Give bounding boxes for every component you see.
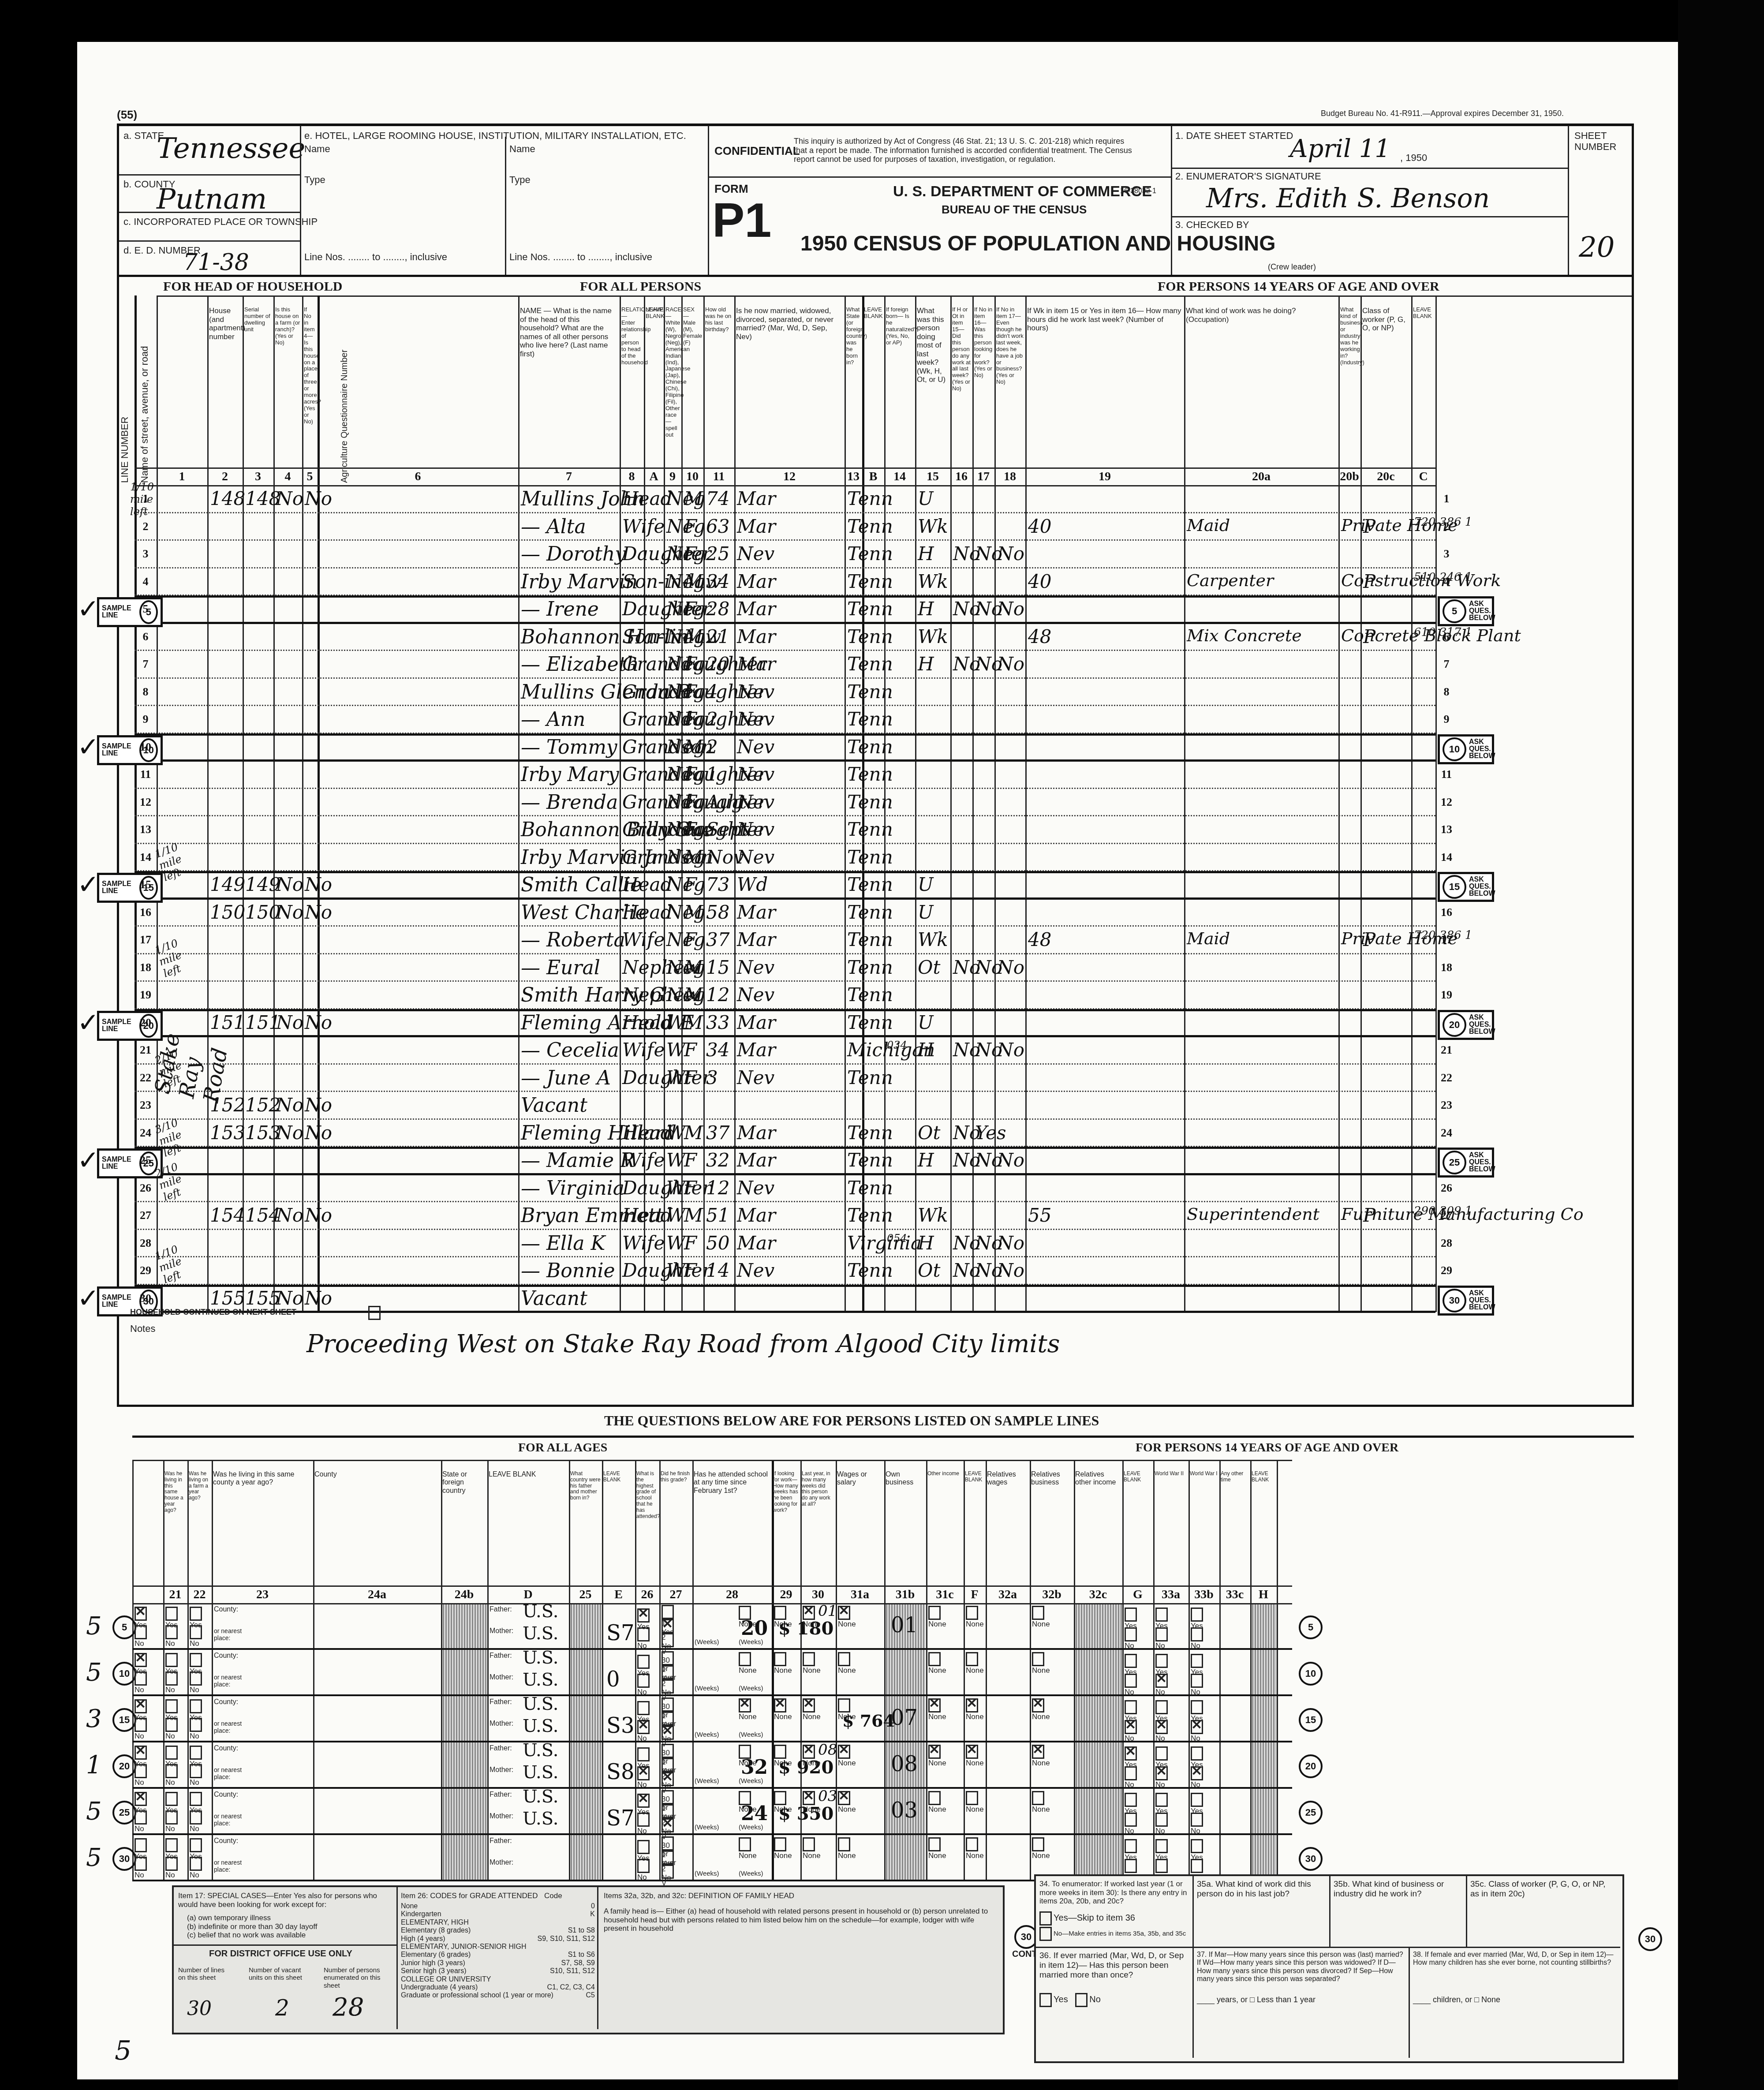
ww1-no[interactable]: No bbox=[1155, 1674, 1170, 1697]
checkbox[interactable] bbox=[1191, 1839, 1203, 1853]
checkbox[interactable] bbox=[838, 1652, 850, 1666]
cell-activity: Wk bbox=[918, 929, 948, 950]
checkbox[interactable] bbox=[928, 1606, 941, 1620]
checkbox[interactable] bbox=[135, 1625, 147, 1639]
q30-none[interactable]: None bbox=[739, 1698, 757, 1721]
q32a-none[interactable]: None bbox=[928, 1698, 946, 1721]
ask-questions-label: ASK QUES. BELOW bbox=[1469, 601, 1489, 622]
other_service-yes[interactable]: Yes bbox=[1191, 1608, 1205, 1630]
q21-no[interactable]: No bbox=[135, 1718, 149, 1741]
q22-no[interactable]: No bbox=[165, 1718, 179, 1741]
checkbox[interactable] bbox=[774, 1698, 786, 1712]
checkbox[interactable] bbox=[661, 1665, 674, 1679]
q21-no[interactable]: No bbox=[135, 1625, 149, 1648]
q21-no[interactable]: No bbox=[135, 1810, 149, 1833]
checkbox[interactable] bbox=[135, 1746, 147, 1760]
checkbox[interactable] bbox=[1191, 1859, 1203, 1873]
ww2-yes[interactable]: Yes bbox=[1125, 1793, 1139, 1816]
cell-occupation: Mix Concrete bbox=[1187, 626, 1302, 645]
grade-codes-list: None0KindergartenKELEMENTARY, HIGHElemen… bbox=[401, 1903, 595, 2000]
ww2-no[interactable]: No bbox=[1125, 1674, 1139, 1697]
cell-serial: 148 bbox=[245, 488, 273, 509]
checkbox[interactable] bbox=[1191, 1766, 1203, 1780]
checkbox-label: No bbox=[1155, 1734, 1165, 1742]
sample-column-header-31b: Own business bbox=[886, 1471, 925, 1487]
cell-sex: F bbox=[684, 1149, 697, 1171]
q32a-none[interactable]: None bbox=[928, 1837, 946, 1860]
q36-options[interactable]: Yes No bbox=[1039, 1993, 1101, 2007]
checkbox[interactable] bbox=[165, 1764, 178, 1778]
q31c-none[interactable]: None bbox=[838, 1606, 856, 1629]
checkbox[interactable] bbox=[1155, 1766, 1168, 1780]
checkbox[interactable] bbox=[1125, 1859, 1137, 1873]
line-number-right: 11 bbox=[1438, 768, 1455, 781]
checkbox[interactable] bbox=[190, 1718, 202, 1732]
q31c-none[interactable]: None bbox=[838, 1652, 856, 1675]
checkbox[interactable] bbox=[1032, 1745, 1044, 1759]
checkbox[interactable] bbox=[966, 1652, 978, 1666]
checkbox[interactable] bbox=[838, 1837, 850, 1851]
q34-yes[interactable]: Yes—Skip to item 36 bbox=[1039, 1911, 1135, 1925]
ww1-no[interactable]: No bbox=[1155, 1766, 1170, 1789]
q23-no[interactable]: No bbox=[190, 1671, 204, 1694]
checkbox[interactable] bbox=[838, 1606, 850, 1620]
checkbox[interactable] bbox=[1125, 1700, 1137, 1714]
other_service-no[interactable]: No bbox=[1191, 1674, 1205, 1697]
checkbox[interactable] bbox=[774, 1837, 786, 1851]
checkbox[interactable] bbox=[190, 1625, 202, 1639]
ww1-no[interactable]: No bbox=[1155, 1720, 1170, 1743]
checkbox[interactable] bbox=[190, 1857, 202, 1871]
q27-no[interactable]: No bbox=[637, 1674, 651, 1697]
checkbox[interactable] bbox=[661, 1836, 674, 1851]
checkbox[interactable] bbox=[190, 1699, 202, 1713]
checkbox[interactable] bbox=[165, 1699, 178, 1713]
continued-checkbox[interactable] bbox=[368, 1306, 381, 1320]
checkbox[interactable] bbox=[774, 1652, 786, 1666]
checkbox[interactable] bbox=[1191, 1674, 1203, 1688]
checkbox[interactable] bbox=[1125, 1813, 1137, 1827]
checkbox-label: None bbox=[803, 1851, 821, 1860]
q36: 36. If ever married (Mar, Wd, D, or Sep … bbox=[1039, 1951, 1189, 1980]
checkbox[interactable] bbox=[803, 1745, 815, 1759]
q32c-none[interactable]: None bbox=[1032, 1837, 1050, 1860]
checkbox[interactable] bbox=[838, 1791, 850, 1805]
line-number: 4 bbox=[137, 575, 154, 588]
special-case-item: (a) own temporary illness bbox=[187, 1914, 390, 1922]
weeks-label: (Weeks) bbox=[739, 1685, 763, 1692]
cell-rel: Daughter bbox=[622, 1260, 643, 1281]
checkbox[interactable] bbox=[928, 1745, 941, 1759]
checkbox[interactable] bbox=[803, 1652, 815, 1666]
checkbox[interactable] bbox=[1125, 1654, 1137, 1668]
checkbox[interactable] bbox=[661, 1633, 674, 1647]
q31b-none[interactable]: None bbox=[803, 1698, 821, 1721]
q31a-none[interactable]: None bbox=[774, 1837, 792, 1860]
q31c-none[interactable]: None bbox=[838, 1745, 856, 1768]
checkbox[interactable] bbox=[637, 1674, 650, 1688]
checkbox[interactable] bbox=[661, 1772, 674, 1786]
checkbox[interactable] bbox=[1155, 1700, 1168, 1714]
q32c-none[interactable]: None bbox=[1032, 1745, 1050, 1768]
column-number-19: 19 bbox=[1025, 470, 1184, 484]
checkbox[interactable] bbox=[135, 1857, 147, 1871]
checkbox[interactable] bbox=[165, 1718, 178, 1732]
ww1-no[interactable]: No bbox=[1155, 1813, 1170, 1836]
checkbox[interactable] bbox=[165, 1671, 178, 1686]
checkbox[interactable] bbox=[1032, 1837, 1044, 1851]
checkbox[interactable] bbox=[637, 1655, 650, 1669]
other_service-no[interactable]: No bbox=[1191, 1813, 1205, 1836]
cell-birthplace: Tenn bbox=[847, 1177, 861, 1199]
q35b: 35b. What kind of business or industry d… bbox=[1334, 1880, 1461, 1899]
ww1-yes[interactable]: Yes bbox=[1155, 1608, 1170, 1630]
cell-race: Neg bbox=[666, 571, 680, 592]
checkbox[interactable] bbox=[637, 1840, 650, 1854]
grade-code-row: Elementary (8 grades)S1 to S8 bbox=[401, 1927, 595, 1935]
district-office-label: FOR DISTRICT OFFICE USE ONLY bbox=[209, 1949, 352, 1959]
checkbox[interactable] bbox=[637, 1720, 650, 1734]
sample-line-top bbox=[135, 733, 1435, 736]
checkbox[interactable] bbox=[135, 1699, 147, 1713]
ww2-yes[interactable]: Yes bbox=[1125, 1839, 1139, 1862]
q32b-none[interactable]: None bbox=[966, 1745, 984, 1768]
other_service-yes[interactable]: Yes bbox=[1191, 1654, 1205, 1677]
q21-no[interactable]: No bbox=[135, 1857, 149, 1880]
q27-no[interactable]: No bbox=[637, 1720, 651, 1743]
q21-no[interactable]: No bbox=[135, 1671, 149, 1694]
ww2-no[interactable]: No bbox=[1125, 1766, 1139, 1789]
left-tally: 5 bbox=[86, 1843, 102, 1872]
checkbox[interactable] bbox=[190, 1607, 202, 1621]
checkbox[interactable] bbox=[1155, 1654, 1168, 1668]
q32c-none[interactable]: None bbox=[1032, 1791, 1050, 1814]
checkbox[interactable] bbox=[637, 1608, 650, 1623]
other_service-no[interactable]: No bbox=[1191, 1720, 1205, 1743]
cell-name: Irby Mary bbox=[521, 763, 619, 786]
q22-no[interactable]: No bbox=[165, 1764, 179, 1787]
checkbox[interactable] bbox=[661, 1851, 674, 1865]
checkbox[interactable] bbox=[966, 1745, 978, 1759]
q31a-none[interactable]: None bbox=[774, 1652, 792, 1675]
grade-code-label: Graduate or professional school (1 year … bbox=[401, 1992, 553, 2000]
cell-marital: Nev bbox=[737, 1067, 774, 1088]
checkbox[interactable] bbox=[135, 1764, 147, 1778]
cell-class: P bbox=[1363, 1204, 1375, 1226]
checkbox[interactable] bbox=[661, 1865, 674, 1879]
sample-vline bbox=[441, 1460, 442, 1881]
checkbox-label: None bbox=[928, 1805, 946, 1813]
cell-marital: Mar bbox=[737, 571, 776, 592]
checkbox[interactable] bbox=[928, 1698, 941, 1712]
checkbox[interactable] bbox=[661, 1726, 674, 1740]
checkbox[interactable] bbox=[1125, 1608, 1137, 1622]
cell-age: 15 bbox=[706, 957, 729, 978]
checkbox[interactable] bbox=[165, 1607, 178, 1621]
q27-no[interactable]: No bbox=[637, 1627, 651, 1650]
checkbox[interactable] bbox=[803, 1606, 815, 1620]
checkbox[interactable] bbox=[661, 1744, 674, 1758]
q35c: 35c. Class of worker (P, G, O, or NP, as… bbox=[1470, 1880, 1616, 1899]
checkbox[interactable] bbox=[1155, 1608, 1168, 1622]
ww1-yes[interactable]: Yes bbox=[1155, 1839, 1170, 1862]
q31b-none[interactable]: None bbox=[803, 1652, 821, 1675]
q32a-none[interactable]: None bbox=[928, 1745, 946, 1768]
checkbox[interactable] bbox=[661, 1790, 674, 1804]
q32c-none[interactable]: None bbox=[1032, 1698, 1050, 1721]
checkbox[interactable] bbox=[190, 1838, 202, 1852]
column-number-20a: 20a bbox=[1184, 470, 1338, 484]
checkbox[interactable] bbox=[135, 1718, 147, 1732]
checkbox[interactable] bbox=[838, 1745, 850, 1759]
q22-no[interactable]: No bbox=[165, 1671, 179, 1694]
checkbox[interactable] bbox=[1191, 1654, 1203, 1668]
checkbox[interactable] bbox=[1191, 1746, 1203, 1761]
checkbox[interactable] bbox=[1191, 1700, 1203, 1714]
checkbox[interactable] bbox=[637, 1794, 650, 1808]
cell-marital: Mar bbox=[737, 1232, 776, 1254]
line-number-right: 26 bbox=[1438, 1181, 1455, 1195]
q31c-none[interactable]: None bbox=[838, 1791, 856, 1814]
cell-activity: H bbox=[918, 598, 934, 620]
ww2-no[interactable]: No bbox=[1125, 1813, 1139, 1836]
sample-vline bbox=[313, 1460, 314, 1881]
checkbox[interactable] bbox=[1125, 1720, 1137, 1734]
ask-questions-label: ASK QUES. BELOW bbox=[1469, 1014, 1489, 1036]
checkbox[interactable] bbox=[165, 1653, 178, 1667]
checkbox[interactable] bbox=[1155, 1813, 1168, 1827]
q31b-none[interactable]: None bbox=[803, 1606, 821, 1629]
checkbox[interactable] bbox=[165, 1625, 178, 1639]
checkbox[interactable] bbox=[739, 1698, 751, 1712]
wages-code: 03 bbox=[818, 1787, 837, 1805]
other-income-amount: $ 764 bbox=[842, 1711, 895, 1731]
checkbox-label: No bbox=[637, 1827, 647, 1835]
checkbox[interactable] bbox=[165, 1810, 178, 1825]
checkbox[interactable] bbox=[135, 1792, 147, 1806]
line-number: 25 bbox=[137, 1154, 154, 1167]
q31b-none[interactable]: None bbox=[803, 1837, 821, 1860]
cell-rel: Son-in-law bbox=[622, 571, 643, 592]
checkbox[interactable] bbox=[1125, 1746, 1137, 1761]
checkbox[interactable] bbox=[661, 1818, 674, 1832]
checkbox[interactable] bbox=[1155, 1627, 1168, 1641]
q32b-none[interactable]: None bbox=[966, 1652, 984, 1675]
q34-no[interactable]: No—Make entries in items 35a, 35b, and 3… bbox=[1039, 1927, 1186, 1941]
q32c-none[interactable]: None bbox=[1032, 1606, 1050, 1629]
q23-no[interactable]: No bbox=[190, 1810, 204, 1833]
cell-sex: F bbox=[684, 681, 697, 703]
q32b-none[interactable]: None bbox=[966, 1606, 984, 1629]
cell-marital: Nev bbox=[737, 1177, 774, 1199]
sample-vline bbox=[1153, 1460, 1155, 1881]
father-birthplace: U.S. bbox=[523, 1648, 558, 1668]
checkbox[interactable] bbox=[1191, 1793, 1203, 1807]
special-cases-list: (a) own temporary illness(b) indefinite … bbox=[187, 1914, 390, 1940]
checkbox-label: None bbox=[928, 1666, 946, 1675]
checkbox[interactable] bbox=[966, 1791, 978, 1805]
ww2-yes[interactable]: Yes bbox=[1125, 1608, 1139, 1630]
q31b-none[interactable]: None bbox=[803, 1745, 821, 1768]
checkbox[interactable] bbox=[1155, 1793, 1168, 1807]
other_service-yes[interactable]: Yes bbox=[1191, 1793, 1205, 1816]
checkbox[interactable] bbox=[1125, 1674, 1137, 1688]
q21-no[interactable]: No bbox=[135, 1764, 149, 1787]
q27-no[interactable]: No bbox=[637, 1766, 651, 1789]
q22-no[interactable]: No bbox=[165, 1625, 179, 1648]
checkbox[interactable] bbox=[190, 1764, 202, 1778]
checkbox[interactable] bbox=[637, 1747, 650, 1761]
sample-row-circle: 10 bbox=[112, 1662, 136, 1686]
ww1-yes[interactable]: Yes bbox=[1155, 1793, 1170, 1816]
checkbox[interactable] bbox=[190, 1792, 202, 1806]
q22-no[interactable]: No bbox=[165, 1857, 179, 1880]
checkbox[interactable] bbox=[1032, 1652, 1044, 1666]
checkbox[interactable] bbox=[1125, 1627, 1137, 1641]
checkbox[interactable] bbox=[1155, 1839, 1168, 1853]
line-number: 6 bbox=[137, 630, 154, 643]
q23-no[interactable]: No bbox=[190, 1625, 204, 1648]
checkbox[interactable] bbox=[739, 1652, 751, 1666]
q32b-none[interactable]: None bbox=[966, 1698, 984, 1721]
checkbox[interactable] bbox=[165, 1838, 178, 1852]
left-tally: 5 bbox=[86, 1612, 102, 1641]
q32a-none[interactable]: None bbox=[928, 1652, 946, 1675]
checkbox[interactable] bbox=[661, 1619, 674, 1633]
q32b-none[interactable]: None bbox=[966, 1791, 984, 1814]
cell-birthplace: Tenn bbox=[847, 1204, 861, 1226]
other_service-yes[interactable]: Yes bbox=[1191, 1839, 1205, 1862]
cell-rel: Son-in-law bbox=[622, 626, 643, 647]
checkbox[interactable] bbox=[637, 1766, 650, 1780]
cell-birthplace: Tenn bbox=[847, 708, 861, 730]
checkbox[interactable] bbox=[165, 1857, 178, 1871]
checkbox[interactable] bbox=[1125, 1766, 1137, 1780]
ww2-no[interactable]: No bbox=[1125, 1627, 1139, 1650]
checkbox[interactable] bbox=[928, 1652, 941, 1666]
cell-farm: No bbox=[276, 488, 301, 509]
q27-no[interactable]: No bbox=[637, 1859, 651, 1882]
q22-no[interactable]: No bbox=[165, 1810, 179, 1833]
checkbox[interactable] bbox=[1191, 1720, 1203, 1734]
checkbox-label: None bbox=[803, 1712, 821, 1721]
grade-code-row: None0 bbox=[401, 1903, 595, 1911]
q32b-none[interactable]: None bbox=[966, 1837, 984, 1860]
q31b-none[interactable]: None bbox=[803, 1791, 821, 1814]
checkbox[interactable] bbox=[1032, 1698, 1044, 1712]
q32c-none[interactable]: None bbox=[1032, 1652, 1050, 1675]
q32a-none[interactable]: None bbox=[928, 1606, 946, 1629]
checkbox[interactable] bbox=[661, 1697, 674, 1712]
checkbox[interactable] bbox=[661, 1679, 674, 1694]
cell-serial: 155 bbox=[245, 1287, 273, 1309]
checkbox[interactable] bbox=[966, 1837, 978, 1851]
checkbox[interactable] bbox=[1155, 1859, 1168, 1873]
checkbox[interactable] bbox=[135, 1653, 147, 1667]
q23-no[interactable]: No bbox=[190, 1718, 204, 1741]
ww1-no[interactable]: No bbox=[1155, 1627, 1170, 1650]
checkbox[interactable] bbox=[966, 1606, 978, 1620]
checkbox[interactable] bbox=[803, 1698, 815, 1712]
checkbox[interactable] bbox=[928, 1837, 941, 1851]
checkbox[interactable] bbox=[1125, 1839, 1137, 1853]
checkbox[interactable] bbox=[165, 1792, 178, 1806]
q27-no[interactable]: No bbox=[637, 1813, 651, 1836]
weeks-label: (Weeks) bbox=[695, 1870, 719, 1877]
checkbox[interactable] bbox=[165, 1746, 178, 1760]
ww2-no[interactable]: No bbox=[1125, 1720, 1139, 1743]
q23-no[interactable]: No bbox=[190, 1764, 204, 1787]
sample-line-label: SAMPLE LINE bbox=[102, 881, 137, 895]
checkbox[interactable] bbox=[190, 1810, 202, 1825]
cell-birthplace: Tenn bbox=[847, 874, 861, 895]
checkbox[interactable] bbox=[928, 1791, 941, 1805]
checkbox[interactable] bbox=[637, 1627, 650, 1641]
checkbox[interactable] bbox=[637, 1701, 650, 1715]
cell-birthplace: Tenn bbox=[847, 1067, 861, 1088]
sample-column-number-28: 28 bbox=[692, 1588, 772, 1602]
checkbox[interactable] bbox=[190, 1746, 202, 1760]
checkbox[interactable] bbox=[1155, 1746, 1168, 1761]
checkbox[interactable] bbox=[135, 1838, 147, 1852]
grid-hline bbox=[135, 467, 1435, 469]
cell-sex: M bbox=[684, 984, 703, 1006]
other_service-no[interactable]: No bbox=[1191, 1766, 1205, 1789]
checkbox[interactable] bbox=[135, 1607, 147, 1621]
checkbox[interactable] bbox=[661, 1651, 674, 1665]
checkbox[interactable] bbox=[190, 1653, 202, 1667]
grade-code-value: S1 to S8 bbox=[568, 1927, 595, 1935]
checkbox[interactable] bbox=[803, 1791, 815, 1805]
checkbox-label: None bbox=[1032, 1805, 1050, 1813]
checkbox[interactable] bbox=[739, 1837, 751, 1851]
checkbox[interactable] bbox=[1191, 1608, 1203, 1622]
sample-vline bbox=[659, 1460, 661, 1881]
other_service-no[interactable]: No bbox=[1191, 1627, 1205, 1650]
checkbox[interactable] bbox=[135, 1671, 147, 1686]
q30-none[interactable]: None bbox=[739, 1837, 757, 1860]
line-number: 29 bbox=[137, 1264, 154, 1277]
cell-name: — Mamie R bbox=[521, 1149, 619, 1172]
ww2-yes[interactable]: Yes bbox=[1125, 1654, 1139, 1677]
checkbox[interactable] bbox=[1032, 1606, 1044, 1620]
q31a-none[interactable]: None bbox=[774, 1698, 792, 1721]
checkbox[interactable] bbox=[135, 1810, 147, 1825]
checkbox[interactable] bbox=[1191, 1627, 1203, 1641]
hotel-type-1: Type bbox=[304, 174, 325, 185]
cell-sex: F bbox=[684, 763, 697, 785]
column-number-20b: 20b bbox=[1338, 470, 1360, 484]
grade-attended: S7 bbox=[606, 1621, 634, 1645]
q23-no[interactable]: No bbox=[190, 1857, 204, 1880]
checkbox[interactable] bbox=[190, 1671, 202, 1686]
checkbox[interactable] bbox=[1032, 1791, 1044, 1805]
checkbox[interactable] bbox=[1191, 1813, 1203, 1827]
checkbox[interactable] bbox=[637, 1859, 650, 1873]
checkbox[interactable] bbox=[966, 1698, 978, 1712]
checkbox[interactable] bbox=[637, 1813, 650, 1827]
checkbox[interactable] bbox=[803, 1837, 815, 1851]
cell-sex: M bbox=[684, 1122, 703, 1144]
checkbox[interactable] bbox=[1125, 1793, 1137, 1807]
q31c-none[interactable]: None bbox=[838, 1837, 856, 1860]
ww2-yes[interactable]: Yes bbox=[1125, 1746, 1139, 1769]
checkbox[interactable] bbox=[1155, 1674, 1168, 1688]
checkbox[interactable] bbox=[1155, 1720, 1168, 1734]
q32a-none[interactable]: None bbox=[928, 1791, 946, 1814]
sample-vline bbox=[836, 1460, 837, 1881]
q30-none[interactable]: None bbox=[739, 1652, 757, 1675]
